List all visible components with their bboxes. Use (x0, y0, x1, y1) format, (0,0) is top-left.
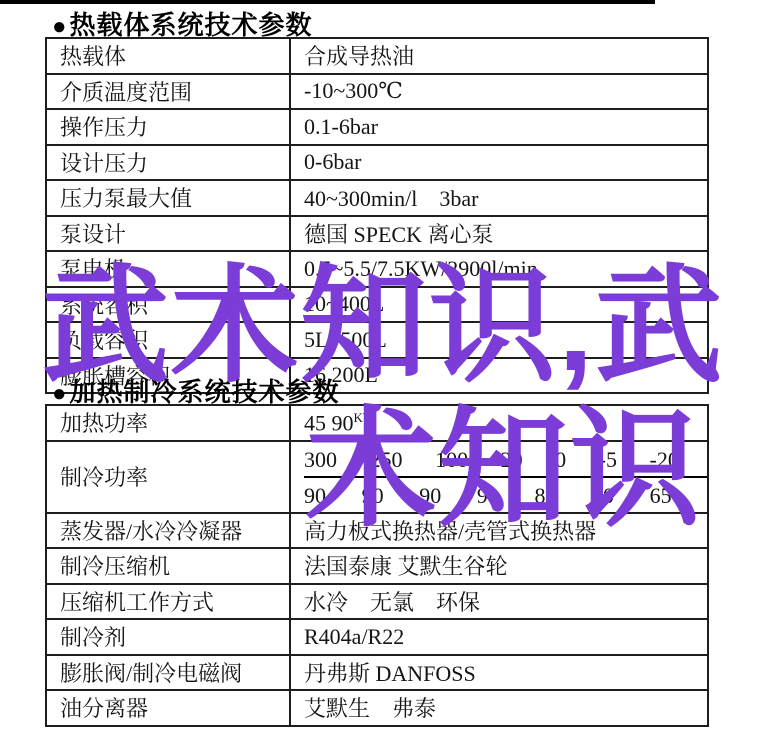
row-label: 制冷压缩机 (46, 548, 290, 584)
row-value: 0.1-6bar (290, 109, 708, 145)
table-row: 热载体 合成导热油 (46, 38, 708, 74)
table-row: 操作压力 0.1-6bar (46, 109, 708, 145)
row-value: 德国 SPECK 离心泵 (290, 216, 708, 252)
row-value: 丹弗斯 DANFOSS (290, 655, 708, 691)
table-row: 介质温度范围 -10~300℃ (46, 74, 708, 110)
table-row: 压缩机工作方式 水冷 无氯 环保 (46, 584, 708, 620)
table-row: 泵设计 德国 SPECK 离心泵 (46, 216, 708, 252)
row-label: 膨胀阀/制冷电磁阀 (46, 655, 290, 691)
row-label: 设计压力 (46, 145, 290, 181)
row-label: 制冷功率 (46, 441, 290, 513)
row-label: 制冷剂 (46, 619, 290, 655)
row-label: 压力泵最大值 (46, 180, 290, 216)
table-row: 制冷剂 R404a/R22 (46, 619, 708, 655)
row-value: 0-6bar (290, 145, 708, 181)
row-value: -10~300℃ (290, 74, 708, 110)
table-row: 油分离器 艾默生 弗泰 (46, 690, 708, 726)
table-row: 设计压力 0-6bar (46, 145, 708, 181)
watermark-line-2: 术知识 (306, 404, 702, 534)
page: { "watermark": { "full_text": "武术知识,武术知识… (0, 0, 770, 730)
row-value: 艾默生 弗泰 (290, 690, 708, 726)
row-value: R404a/R22 (290, 619, 708, 655)
power-unit: KW (707, 483, 708, 509)
table-row: 膨胀阀/制冷电磁阀 丹弗斯 DANFOSS (46, 655, 708, 691)
row-label: 泵设计 (46, 216, 290, 252)
row-value: 合成导热油 (290, 38, 708, 74)
row-label: 介质温度范围 (46, 74, 290, 110)
row-label: 热载体 (46, 38, 290, 74)
row-label: 压缩机工作方式 (46, 584, 290, 620)
row-value: 法国泰康 艾默生谷轮 (290, 548, 708, 584)
table-row: 制冷压缩机 法国泰康 艾默生谷轮 (46, 548, 708, 584)
row-label: 加热功率 (46, 405, 290, 441)
watermark-line-1: 武术知识,武 (42, 263, 724, 390)
section1-heading-text: 热载体系统技术参数 (70, 10, 313, 40)
row-label: 蒸发器/水冷冷凝器 (46, 513, 290, 549)
row-value: 水冷 无氯 环保 (290, 584, 708, 620)
row-label: 油分离器 (46, 690, 290, 726)
page-top-edge-strip (0, 0, 655, 4)
row-label: 操作压力 (46, 109, 290, 145)
row-value: 40~300min/l 3bar (290, 180, 708, 216)
table-row: 压力泵最大值 40~300min/l 3bar (46, 180, 708, 216)
bullet-icon: ● (52, 13, 68, 40)
